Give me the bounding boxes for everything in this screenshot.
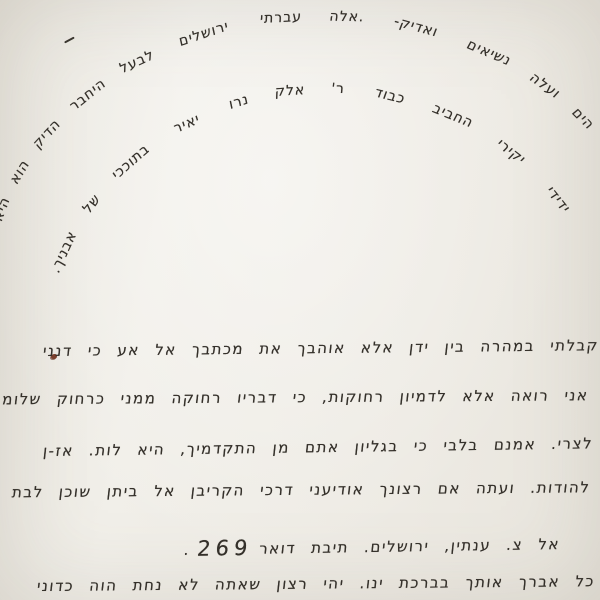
arc-word: יקירי: [493, 137, 530, 168]
arc-word: עברתי: [260, 9, 303, 27]
manuscript-line-2: יון אני רואה אלא לדמיון רחוקות, כי דבריו…: [0, 388, 600, 407]
arc-word: ועלה: [526, 70, 564, 102]
arc-word: החביב: [429, 101, 476, 131]
arc-word: הדיק: [30, 116, 64, 153]
arc-word: אלק: [274, 82, 305, 100]
arc-word: הוא: [7, 156, 33, 187]
address-period: .: [183, 541, 191, 559]
arc-word: היא: [0, 194, 14, 224]
stray-pen-mark: [64, 37, 75, 44]
arc-word: כבוד: [372, 85, 407, 107]
arc-word: נרו: [227, 91, 250, 113]
arc-word: לבעל: [118, 46, 157, 77]
manuscript-line-6: ב כל אברך אותך בברכת ינו. יהי רצון שאתה …: [36, 574, 600, 594]
address-text: אל צ. ענתין, ירושלים. תיבת דואר: [258, 535, 561, 558]
manuscript-line-4: לי להודות. ועתה אם רצונך אודיעני דרכי הק…: [11, 480, 600, 500]
arc-word: יאיר: [172, 111, 202, 137]
arc-word: היחבר: [67, 75, 109, 115]
arc-word: נשיאים: [464, 37, 515, 69]
arc-word: הים: [568, 106, 598, 133]
arc-word: .אלה: [328, 9, 365, 26]
arc-word: ואדיק-: [392, 14, 441, 41]
address-line: אל צ. ענתין, ירושלים. תיבת דואר269.: [183, 532, 561, 559]
arc-word: אבניך.: [48, 227, 80, 275]
manuscript-page: היםועלהנשיאיםואדיק-.אלהעברתיירושליםלבעלה…: [0, 0, 600, 600]
arc-word: ירושלים: [177, 18, 230, 50]
arc-word: בתוככי: [109, 140, 152, 183]
arc-word: של: [80, 190, 104, 217]
manuscript-line-3: ת לצרי. אמנם בלבי כי בגליון אתם מן התקדמ…: [43, 436, 600, 459]
po-box-number: 269: [196, 536, 254, 561]
manuscript-line-1: ן קבלתי במהרה בין ידן אלא אוהבך את מכתבך…: [43, 338, 600, 359]
arc-word: ידידי: [542, 184, 574, 216]
arc-word: ר': [330, 81, 345, 97]
